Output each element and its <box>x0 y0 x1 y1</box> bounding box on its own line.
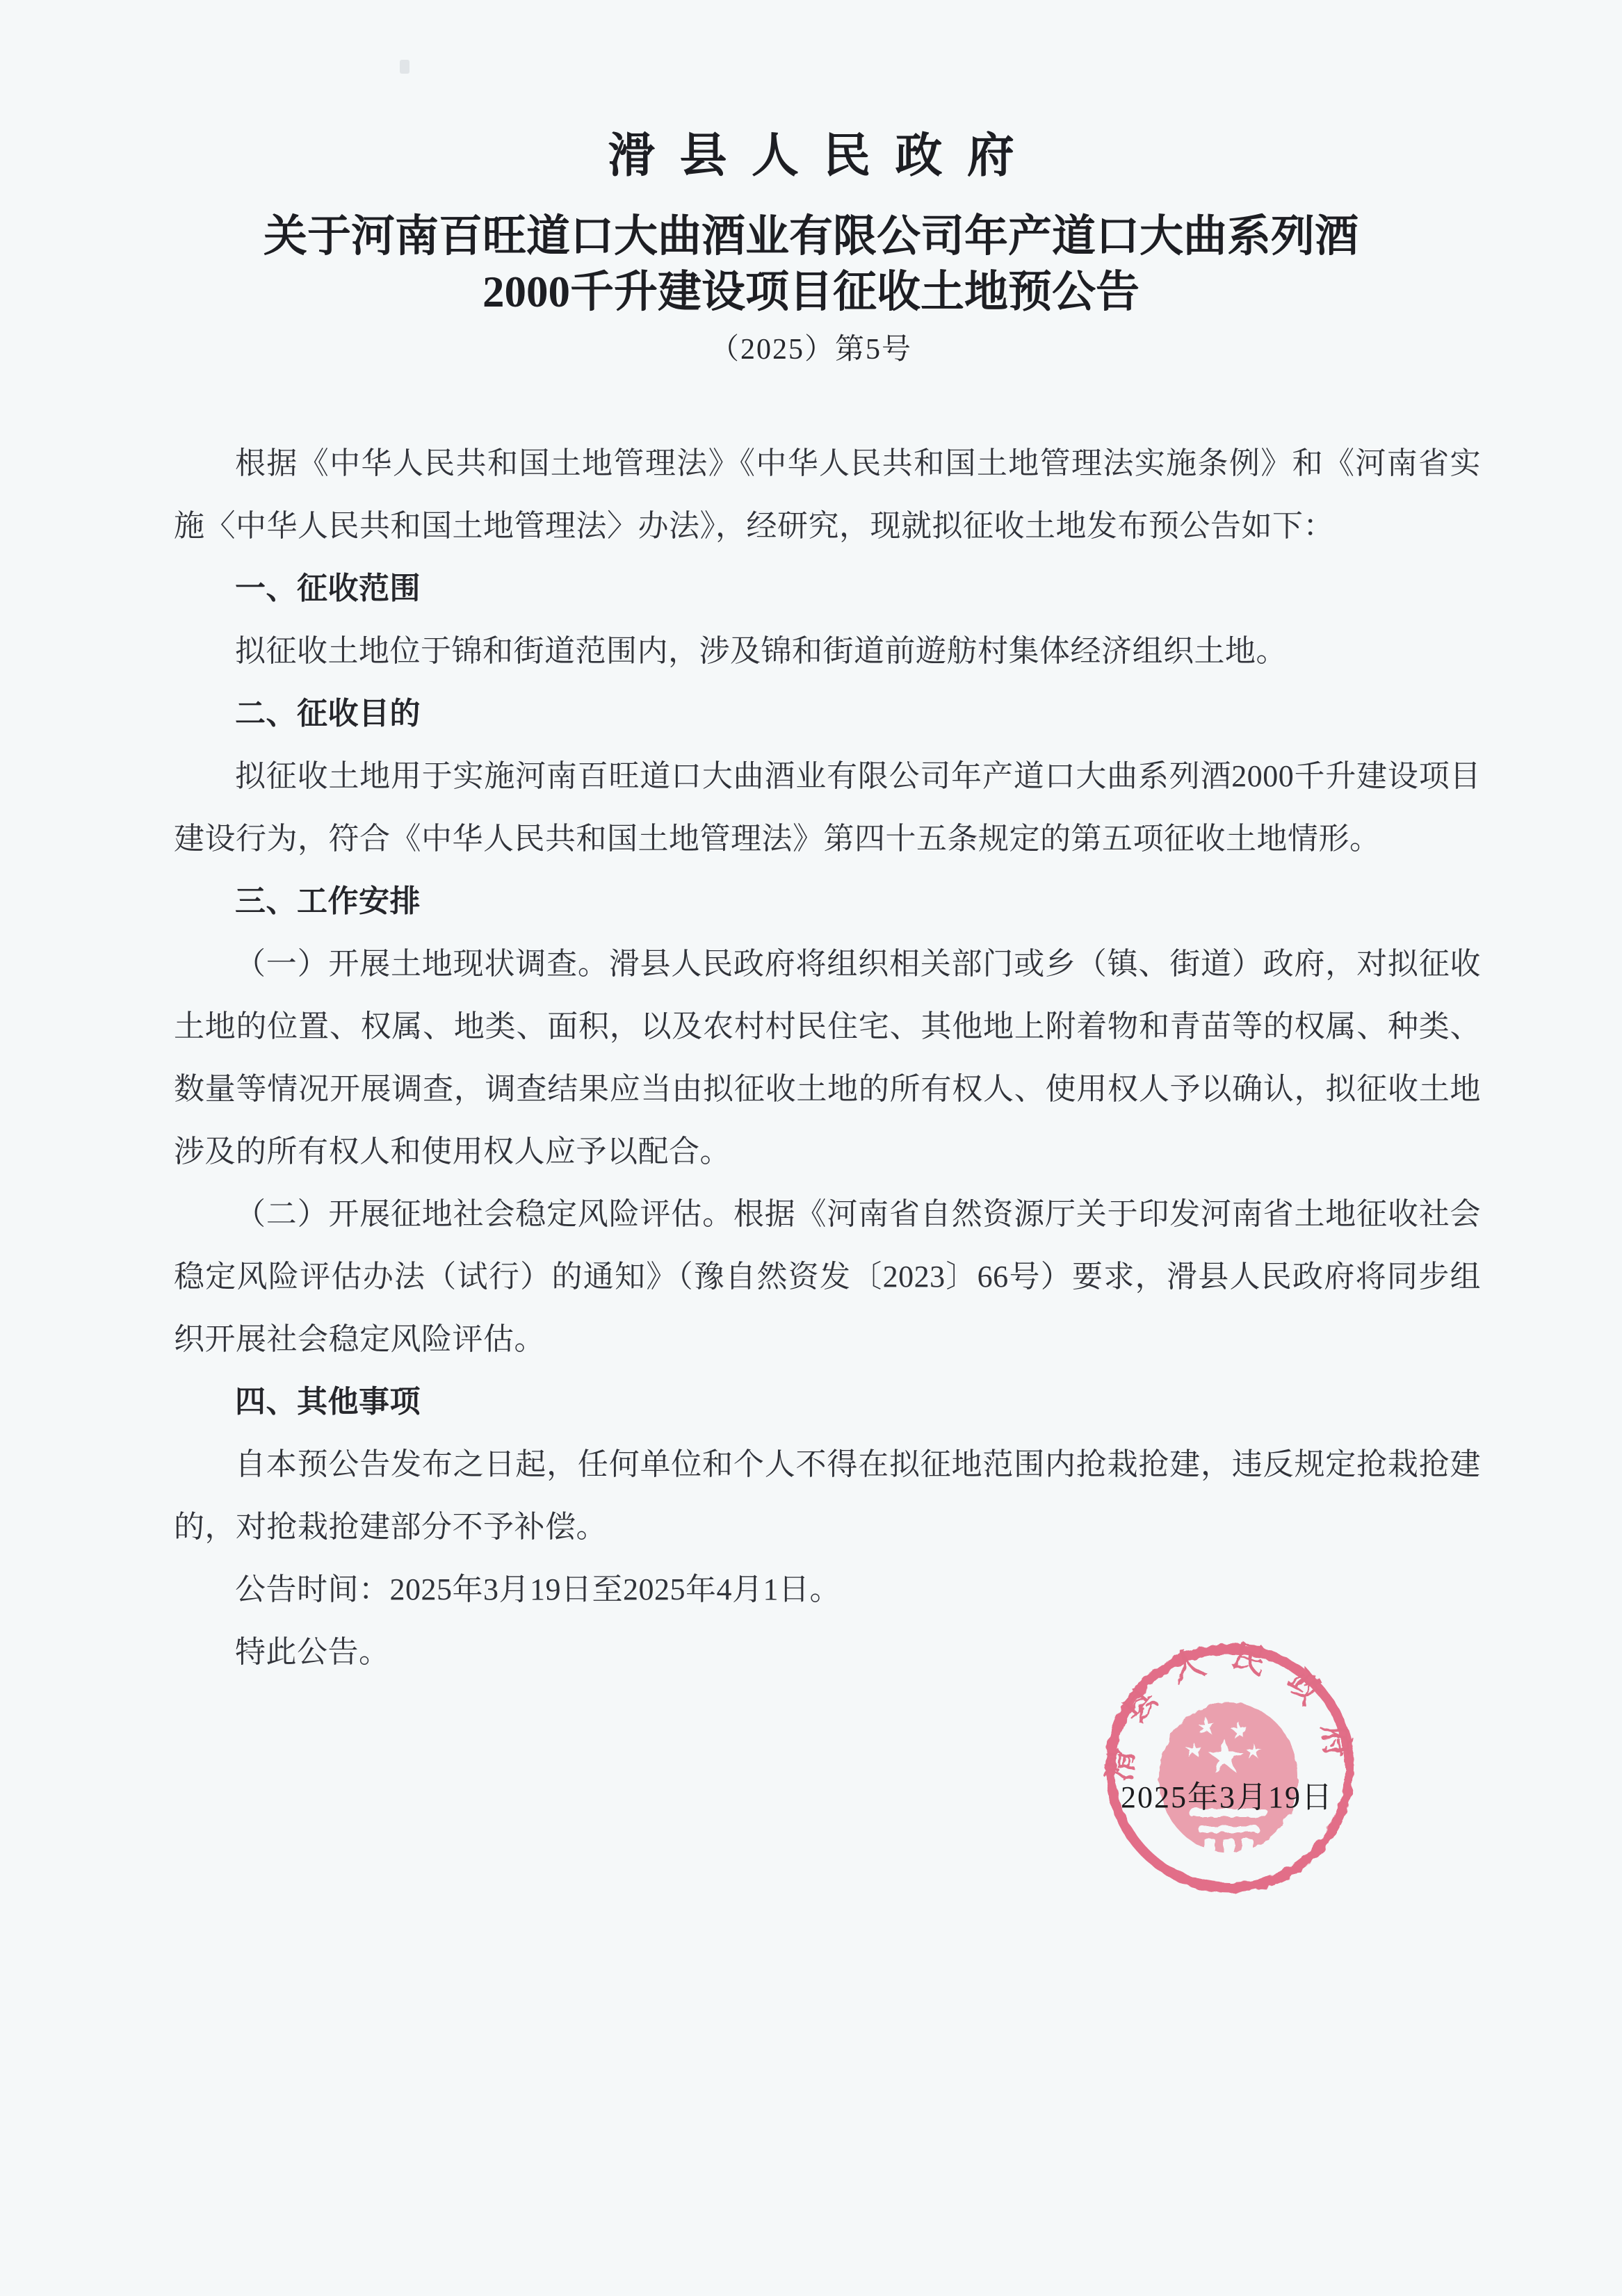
section-2-heading: 二、征收目的 <box>174 683 1481 745</box>
section-4-heading: 四、其他事项 <box>174 1371 1481 1433</box>
section-1-paragraph: 拟征收土地位于锦和街道范围内，涉及锦和街道前遊舫村集体经济组织土地。 <box>174 620 1481 683</box>
document-title: 关于河南百旺道口大曲酒业有限公司年产道口大曲系列酒 2000千升建设项目征收土地… <box>0 209 1622 320</box>
section-4-paragraph: 自本预公告发布之日起，任何单位和个人不得在拟征地范围内抢栽抢建，违反规定抢栽抢建… <box>174 1433 1481 1558</box>
section-3-item-2: （二）开展征地社会稳定风险评估。根据《河南省自然资源厅关于印发河南省土地征收社会… <box>174 1183 1481 1371</box>
section-1-heading: 一、征收范围 <box>174 557 1481 620</box>
official-seal: 滑县人民政府 <box>1101 1639 1359 1898</box>
document-title-line-1: 关于河南百旺道口大曲酒业有限公司年产道口大曲系列酒 <box>0 209 1622 264</box>
issuing-authority-title: 滑县人民政府 <box>0 132 1622 179</box>
notice-period-line: 公告时间：2025年3月19日至2025年4月1日。 <box>174 1558 1481 1621</box>
document-body: 根据《中华人民共和国土地管理法》《中华人民共和国土地管理法实施条例》和《河南省实… <box>174 432 1481 1684</box>
document-title-line-2: 2000千升建设项目征收土地预公告 <box>0 264 1622 320</box>
section-2-paragraph: 拟征收土地用于实施河南百旺道口大曲酒业有限公司年产道口大曲系列酒2000千升建设… <box>174 745 1481 870</box>
seal-date: 2025年3月19日 <box>1121 1780 1333 1816</box>
section-3-heading: 三、工作安排 <box>174 870 1481 933</box>
seal-emblem-gate <box>1190 1809 1267 1855</box>
section-3-item-1: （一）开展土地现状调查。滑县人民政府将组织相关部门或乡（镇、街道）政府，对拟征收… <box>174 933 1481 1183</box>
scanned-document-page: 滑县人民政府 关于河南百旺道口大曲酒业有限公司年产道口大曲系列酒 2000千升建… <box>0 0 1622 2296</box>
intro-paragraph: 根据《中华人民共和国土地管理法》《中华人民共和国土地管理法实施条例》和《河南省实… <box>174 432 1481 557</box>
scan-artifact <box>400 60 409 74</box>
document-number: （2025）第5号 <box>0 332 1622 367</box>
